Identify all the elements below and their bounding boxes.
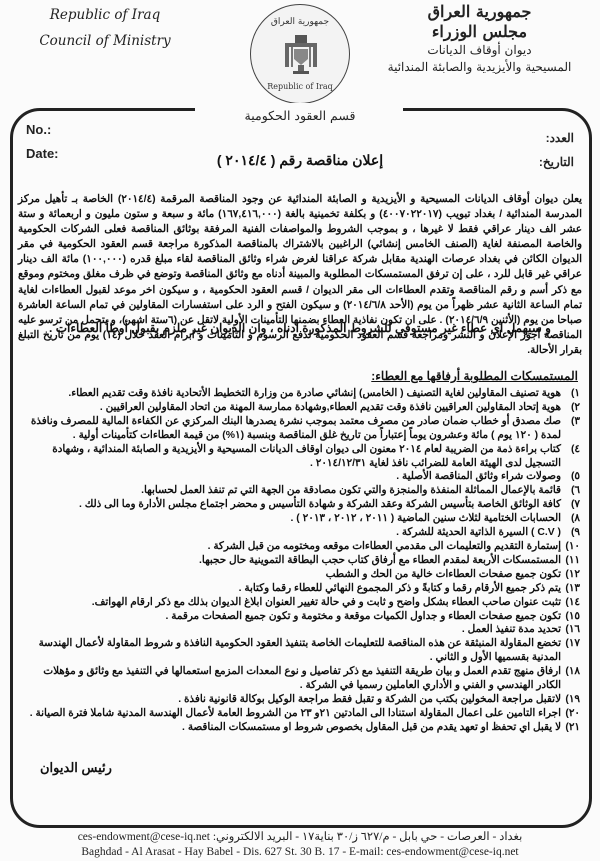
list-item: ١٧)تخضع المقاولة المنبثقة عن هذه المناقص…	[18, 637, 580, 665]
list-item: ١٣)يتم ذكر جميع الأرقام رقما و كتابةً و …	[18, 582, 580, 596]
item-number: ٧)	[561, 498, 580, 512]
arabic-number-label: العدد:	[539, 126, 574, 150]
item-number: ١٦)	[561, 623, 580, 637]
item-number: ١٩)	[561, 693, 580, 707]
item-number: ١٣)	[561, 582, 580, 596]
signature-title: رئيس الديوان	[40, 760, 112, 776]
item-text: تكون جميع صفحات العطاء و جداول الكميات م…	[18, 610, 561, 624]
rejection-notice: و سيهمل اي عطاء غير مستوفي للشروط المذكو…	[18, 320, 582, 336]
item-text: لا يقبل اي تحفظ او تعهد يقدم من قبل المق…	[18, 721, 561, 735]
footer-arabic-address: بغداد - العرصات - حي بابل - م/٦٢٧ ز/٣٠ ب…	[0, 830, 600, 845]
item-number: ١٤)	[561, 596, 580, 610]
item-text: تخضع المقاولة المنبثقة عن هذه المناقصة ل…	[18, 637, 561, 665]
list-item: ١)هوية تصنيف المقاولين لغاية التصنيف ( ا…	[18, 387, 580, 401]
item-text: هوية إتحاد المقاولين العراقيين نافذة وقت…	[18, 401, 561, 415]
list-item: ٣)صك مصدق أو خطاب ضمان صادر من مصرف معتم…	[18, 415, 580, 443]
item-number: ٢٠)	[561, 707, 580, 721]
item-number: ٢١)	[561, 721, 580, 735]
item-text: هوية تصنيف المقاولين لغاية التصنيف ( الخ…	[18, 387, 561, 401]
iraq-emblem-icon: جمهورية العراق Republic of Iraq	[250, 4, 350, 104]
emblem-top-text: جمهورية العراق	[251, 17, 349, 27]
item-number: ١٨)	[561, 665, 580, 693]
footer-english-address: Baghdad - Al Arasat - Hay Babel - Dis. 6…	[0, 845, 600, 860]
item-text: قائمة بالإعمال المماثلة المنفذة والمنجزة…	[18, 484, 561, 498]
footer-address: بغداد - العرصات - حي بابل - م/٦٢٧ ز/٣٠ ب…	[0, 830, 600, 860]
list-item: ٢١)لا يقبل اي تحفظ او تعهد يقدم من قبل ا…	[18, 721, 580, 735]
item-number: ٦)	[561, 484, 580, 498]
arabic-header-line-3: ديوان أوقاف الديانات	[367, 42, 592, 59]
english-header-line-1: Republic of Iraq	[0, 2, 210, 28]
item-number: ١٢)	[561, 568, 580, 582]
date-label: Date:	[26, 142, 59, 166]
reference-fields-english: No.: Date:	[26, 118, 59, 166]
list-item: ١٥)تكون جميع صفحات العطاء و جداول الكميا…	[18, 610, 580, 624]
item-text: وصولات شراء وثائق المناقصة الأصلية .	[18, 470, 561, 484]
emblem-bottom-text: Republic of Iraq	[251, 82, 349, 91]
item-number: ٣)	[561, 415, 580, 443]
list-item: ١٤)تثبت عنوان صاحب العطاء بشكل واضح و ثا…	[18, 596, 580, 610]
item-number: ١٧)	[561, 637, 580, 665]
item-text: ( C.V ) السيرة الذاتية الحديثة للشركة .	[18, 526, 561, 540]
list-item: ٦)قائمة بالإعمال المماثلة المنفذة والمنج…	[18, 484, 580, 498]
arabic-header-line-2: مجلس الوزراء	[367, 22, 592, 42]
arabic-header-line-1: جمهورية العراق	[367, 2, 592, 22]
list-item: ١١)المستمسكات الأربعة لمقدم العطاء مع أر…	[18, 554, 580, 568]
item-number: ٢)	[561, 401, 580, 415]
list-item: ٢٠)اجراء التامين على اعمال المقاولة استن…	[18, 707, 580, 721]
list-item: ١٦)تحديد مدة تنفيذ العمل .	[18, 623, 580, 637]
list-item: ٨)الحسابات الختامية لثلاث سنين الماضية (…	[18, 512, 580, 526]
item-number: ١١)	[561, 554, 580, 568]
item-text: صك مصدق أو خطاب ضمان صادر من مصرف معتمد …	[18, 415, 561, 443]
list-item: ٧)كافة الوثائق الخاصة بتأسيس الشركة وعقد…	[18, 498, 580, 512]
list-item: ٥)وصولات شراء وثائق المناقصة الأصلية .	[18, 470, 580, 484]
requirements-heading: المستمسكات المطلوبة أرفاقها مع العطاء:	[371, 369, 578, 383]
list-item: ١٩)لاتقبل مراجعة المخولين بكتب من الشركة…	[18, 693, 580, 707]
item-text: يتم ذكر جميع الأرقام رقما و كتابةً و ذكر…	[18, 582, 561, 596]
department-name: قسم العقود الحكومية	[220, 108, 380, 123]
arabic-header-line-4: المسيحية والأيزيدية والصابئة المندائية	[367, 59, 592, 76]
item-text: تكون جميع صفحات العطاءات خالية من الحك و…	[18, 568, 561, 582]
eagle-icon	[281, 33, 321, 75]
item-text: لاتقبل مراجعة المخولين بكتب من الشركة و …	[18, 693, 561, 707]
list-item: ٩)( C.V ) السيرة الذاتية الحديثة للشركة …	[18, 526, 580, 540]
item-text: ارفاق منهج تقدم العمل و بيان طريقة التنف…	[18, 665, 561, 693]
item-text: الحسابات الختامية لثلاث سنين الماضية ( ٢…	[18, 512, 561, 526]
arabic-date-label: التاريخ:	[539, 150, 574, 174]
item-number: ٩)	[561, 526, 580, 540]
item-text: كافة الوثائق الخاصة بتأسيس الشركة وعقد ا…	[18, 498, 561, 512]
arabic-letterhead: جمهورية العراق مجلس الوزراء ديوان أوقاف …	[367, 2, 592, 76]
item-text: كتاب براءة ذمة من الضريبة لعام ٢٠١٤ معنو…	[18, 443, 561, 471]
item-text: المستمسكات الأربعة لمقدم العطاء مع أرفاق…	[18, 554, 561, 568]
item-number: ٥)	[561, 470, 580, 484]
list-item: ٢)هوية إتحاد المقاولين العراقيين نافذة و…	[18, 401, 580, 415]
list-item: ١٠)إستمارة التقديم والتعليمات الى مقدمي …	[18, 540, 580, 554]
item-text: تثبت عنوان صاحب العطاء بشكل واضح و ثابت …	[18, 596, 561, 610]
item-number: ٨)	[561, 512, 580, 526]
list-item: ١٢)تكون جميع صفحات العطاءات خالية من الح…	[18, 568, 580, 582]
english-letterhead: Republic of Iraq Council of Ministry	[0, 2, 210, 54]
item-text: اجراء التامين على اعمال المقاولة استنادا…	[18, 707, 561, 721]
tender-title: إعلان مناقصة رقم ( ٢٠١٤/٤ )	[150, 152, 450, 169]
item-text: تحديد مدة تنفيذ العمل .	[18, 623, 561, 637]
reference-fields-arabic: العدد: التاريخ:	[539, 126, 574, 174]
item-number: ١)	[561, 387, 580, 401]
item-number: ١٠)	[561, 540, 580, 554]
english-header-line-2: Council of Ministry	[0, 28, 210, 54]
list-item: ٤)كتاب براءة ذمة من الضريبة لعام ٢٠١٤ مع…	[18, 443, 580, 471]
item-number: ٤)	[561, 443, 580, 471]
item-number: ١٥)	[561, 610, 580, 624]
number-label: No.:	[26, 118, 59, 142]
list-item: ١٨)ارفاق منهج تقدم العمل و بيان طريقة ال…	[18, 665, 580, 693]
requirements-list: ١)هوية تصنيف المقاولين لغاية التصنيف ( ا…	[18, 387, 580, 735]
item-text: إستمارة التقديم والتعليمات الى مقدمي الع…	[18, 540, 561, 554]
